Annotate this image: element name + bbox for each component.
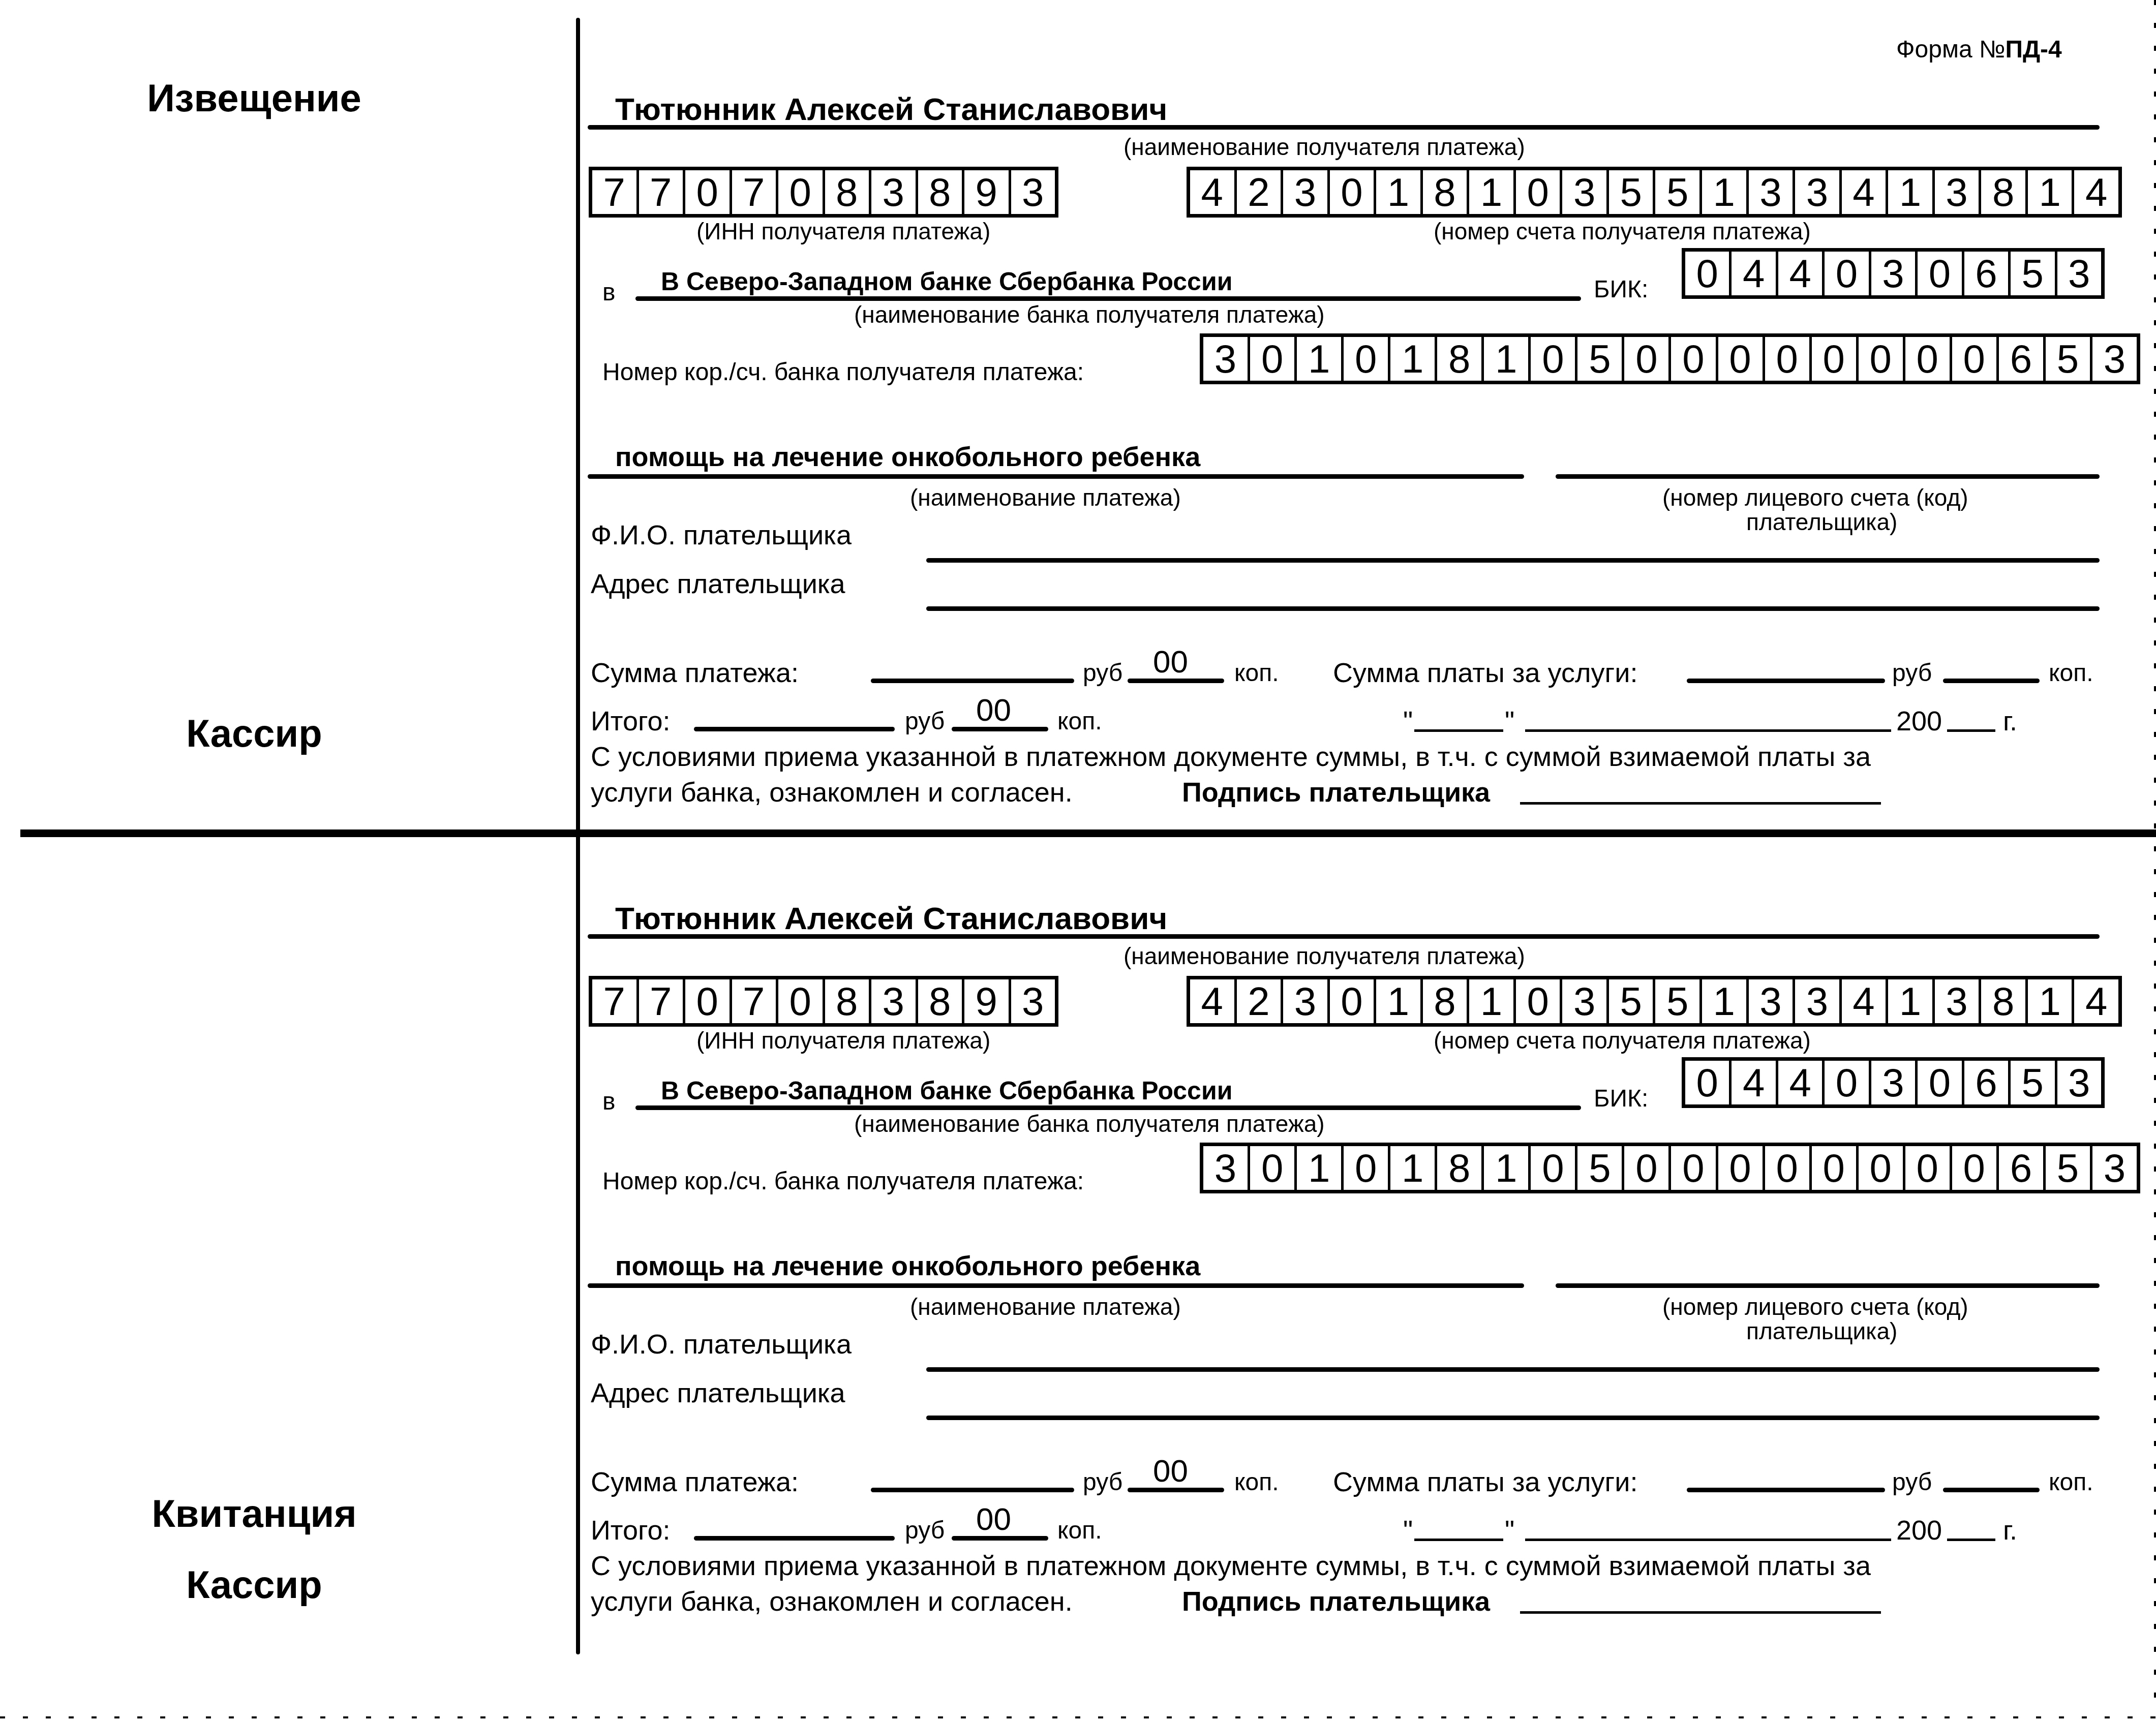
- digit-cell: 0: [1516, 170, 1560, 214]
- fee-rub-field[interactable]: [1687, 679, 1885, 683]
- digit-cell: 8: [825, 979, 869, 1023]
- digit-cell: 5: [2046, 1146, 2090, 1190]
- digit-cell: 3: [1283, 170, 1327, 214]
- bank-name-underline: [635, 296, 1581, 301]
- digit-cell: 0: [1671, 1146, 1715, 1190]
- total-kop-unit: коп.: [1057, 708, 1102, 735]
- sum-rub-unit: руб: [1083, 1468, 1122, 1496]
- total-kop-unit: коп.: [1057, 1517, 1102, 1545]
- digit-cell: 1: [1888, 170, 1932, 214]
- date-month-field[interactable]: [1525, 1539, 1891, 1541]
- digit-cell: 4: [1732, 252, 1775, 295]
- digit-cell: 8: [825, 170, 869, 214]
- personal-account-caption-1: (номер лицевого счета (код): [1662, 1293, 1968, 1320]
- digit-cell: 0: [1952, 1146, 1996, 1190]
- total-label: Итого:: [591, 1515, 671, 1546]
- digit-cell: 3: [2057, 1061, 2101, 1104]
- fee-label: Сумма платы за услуги:: [1333, 1466, 1637, 1498]
- digit-cell: 8: [918, 979, 962, 1023]
- digit-cell: 4: [1190, 979, 1234, 1023]
- digit-cell: 0: [1531, 1146, 1575, 1190]
- payer-address-label: Адрес плательщика: [591, 1377, 845, 1409]
- digit-cell: 0: [1718, 337, 1763, 381]
- total-kop-field[interactable]: [952, 727, 1048, 731]
- digit-cell: 0: [1624, 337, 1668, 381]
- digit-cell: 3: [871, 979, 916, 1023]
- digit-cell: 3: [1871, 1061, 1915, 1104]
- digit-cell: 3: [1011, 170, 1055, 214]
- digit-cell: 5: [2046, 337, 2090, 381]
- bank-prefix: в: [602, 279, 616, 306]
- digit-cell: 8: [1981, 170, 2025, 214]
- digit-cell: 9: [964, 979, 1009, 1023]
- digit-cell: 3: [1749, 979, 1793, 1023]
- corr-account-field[interactable]: 30101810500000000653: [1200, 1143, 2140, 1193]
- digit-cell: 1: [1484, 1146, 1528, 1190]
- consent-text-line-2: услуги банка, ознакомлен и согласен.: [591, 777, 1073, 808]
- digit-cell: 7: [639, 979, 683, 1023]
- digit-cell: 1: [1376, 170, 1420, 214]
- digit-cell: 0: [1344, 337, 1388, 381]
- digit-cell: 3: [1795, 979, 1839, 1023]
- recipient-name: Тютюнник Алексей Станиславович: [615, 901, 1167, 937]
- payment-name: помощь на лечение онкобольного ребенка: [615, 1250, 1200, 1282]
- digit-cell: 1: [1469, 979, 1513, 1023]
- digit-cell: 9: [964, 170, 1009, 214]
- digit-cell: 4: [1190, 170, 1234, 214]
- consent-text-line-2: услуги банка, ознакомлен и согласен.: [591, 1586, 1073, 1617]
- recipient-name-underline: [588, 125, 2100, 130]
- fee-kop-field[interactable]: [1943, 679, 2040, 683]
- digit-cell: 0: [1344, 1146, 1388, 1190]
- digit-cell: 0: [1330, 170, 1374, 214]
- digit-cell: 3: [2092, 337, 2137, 381]
- bank-name: В Северо-Западном банке Сбербанка России: [661, 1076, 1232, 1105]
- total-kop-field[interactable]: [952, 1536, 1048, 1541]
- digit-cell: 3: [1749, 170, 1793, 214]
- total-rub-field[interactable]: [694, 727, 895, 731]
- digit-cell: 3: [1562, 170, 1606, 214]
- digit-cell: 3: [1795, 170, 1839, 214]
- payment-name-caption: (наименование платежа): [910, 1293, 1181, 1320]
- digit-cell: 6: [1999, 1146, 2043, 1190]
- digit-cell: 3: [1935, 979, 1979, 1023]
- personal-account-underline[interactable]: [1556, 1283, 2100, 1288]
- digit-cell: 0: [1918, 1061, 1961, 1104]
- year-suffix: г.: [2003, 705, 2017, 737]
- digit-cell: 6: [1964, 1061, 2008, 1104]
- sum-kop-field[interactable]: [1128, 679, 1224, 683]
- year-prefix: 200: [1896, 1515, 1942, 1546]
- corr-account-field[interactable]: 30101810500000000653: [1200, 333, 2140, 384]
- digit-cell: 5: [1655, 170, 1699, 214]
- digit-cell: 0: [1905, 1146, 1950, 1190]
- receipt-label: Квитанция: [0, 1492, 508, 1536]
- payment-name-underline: [588, 474, 1524, 479]
- digit-cell: 0: [1859, 337, 1903, 381]
- digit-cell: 1: [2028, 979, 2072, 1023]
- digit-cell: 4: [1732, 1061, 1775, 1104]
- date-day-field[interactable]: [1414, 729, 1503, 732]
- fee-rub-field[interactable]: [1687, 1488, 1885, 1492]
- digit-cell: 0: [1905, 337, 1950, 381]
- digit-cell: 0: [1250, 1146, 1294, 1190]
- sum-kop-unit: коп.: [1234, 659, 1279, 687]
- digit-cell: 3: [871, 170, 916, 214]
- sum-label: Сумма платежа:: [591, 657, 799, 689]
- digit-cell: 0: [1825, 1061, 1868, 1104]
- digit-cell: 0: [1812, 1146, 1856, 1190]
- sum-kop-unit: коп.: [1234, 1468, 1279, 1496]
- payer-address-field[interactable]: [926, 1416, 2100, 1420]
- personal-account-underline[interactable]: [1556, 474, 2100, 479]
- digit-cell: 4: [1842, 170, 1886, 214]
- digit-cell: 4: [2074, 979, 2118, 1023]
- inn-caption: (ИНН получателя платежа): [696, 218, 990, 245]
- bik-field[interactable]: 044030653: [1682, 1057, 2105, 1108]
- digit-cell: 8: [1423, 979, 1467, 1023]
- notice-label: Извещение: [0, 76, 508, 120]
- date-month-field[interactable]: [1525, 729, 1891, 732]
- sum-kop-value: 00: [1153, 644, 1188, 680]
- digit-cell: 0: [1765, 337, 1809, 381]
- bik-label: БИК:: [1594, 1085, 1648, 1113]
- date-quote-open: ": [1403, 705, 1413, 737]
- digit-cell: 0: [1516, 979, 1560, 1023]
- digit-cell: 4: [1842, 979, 1886, 1023]
- date-quote-close: ": [1505, 1515, 1514, 1546]
- digit-cell: 0: [1250, 337, 1294, 381]
- payer-name-label: Ф.И.О. плательщика: [591, 1329, 852, 1360]
- digit-cell: 1: [1702, 979, 1746, 1023]
- digit-cell: 2: [1237, 979, 1281, 1023]
- total-kop-value: 00: [976, 1501, 1011, 1537]
- signature-field[interactable]: [1520, 802, 1881, 805]
- digit-cell: 8: [1437, 1146, 1481, 1190]
- digit-cell: 3: [1203, 1146, 1248, 1190]
- year-field[interactable]: [1947, 1539, 1995, 1541]
- digit-cell: 4: [2074, 170, 2118, 214]
- total-rub-field[interactable]: [694, 1536, 895, 1541]
- digit-cell: 3: [1871, 252, 1915, 295]
- payer-address-field[interactable]: [926, 606, 2100, 611]
- sum-kop-field[interactable]: [1128, 1488, 1224, 1492]
- digit-cell: 3: [2092, 1146, 2137, 1190]
- digit-cell: 5: [2011, 1061, 2054, 1104]
- digit-cell: 0: [1671, 337, 1715, 381]
- digit-cell: 1: [1390, 1146, 1435, 1190]
- payer-name-label: Ф.И.О. плательщика: [591, 519, 852, 551]
- year-field[interactable]: [1947, 729, 1995, 732]
- cashier-label-bottom: Кассир: [0, 1563, 508, 1607]
- digit-cell: 3: [1011, 979, 1055, 1023]
- digit-cell: 3: [2057, 252, 2101, 295]
- recipient-name-caption: (наименование получателя платежа): [1123, 133, 1525, 161]
- account-field[interactable]: 42301810355133413814: [1187, 976, 2122, 1027]
- total-label: Итого:: [591, 705, 671, 737]
- digit-cell: 7: [732, 979, 776, 1023]
- fee-kop-field[interactable]: [1943, 1488, 2040, 1492]
- payer-address-label: Адрес плательщика: [591, 568, 845, 600]
- payer-name-field[interactable]: [926, 558, 2100, 563]
- fee-label: Сумма платы за услуги:: [1333, 657, 1637, 689]
- digit-cell: 0: [685, 170, 730, 214]
- digit-cell: 0: [1531, 337, 1575, 381]
- recipient-name-underline: [588, 934, 2100, 939]
- account-field[interactable]: 42301810355133413814: [1187, 167, 2122, 218]
- digit-cell: 1: [1888, 979, 1932, 1023]
- digit-cell: 5: [1609, 170, 1653, 214]
- personal-account-caption-2: плательщика): [1746, 508, 1897, 536]
- fee-kop-unit: коп.: [2049, 659, 2093, 687]
- digit-cell: 0: [1685, 1061, 1729, 1104]
- inn-field[interactable]: 7707083893: [589, 976, 1058, 1027]
- digit-cell: 7: [732, 170, 776, 214]
- total-rub-unit: руб: [905, 708, 945, 735]
- payment-name: помощь на лечение онкобольного ребенка: [615, 441, 1200, 473]
- signature-field[interactable]: [1520, 1611, 1881, 1614]
- year-suffix: г.: [2003, 1515, 2017, 1546]
- cut-line-bottom: [0, 1716, 2156, 1718]
- digit-cell: 0: [1952, 337, 1996, 381]
- digit-cell: 1: [1469, 170, 1513, 214]
- digit-cell: 2: [1237, 170, 1281, 214]
- digit-cell: 0: [1624, 1146, 1668, 1190]
- date-quote-open: ": [1403, 1515, 1413, 1546]
- sum-kop-value: 00: [1153, 1453, 1188, 1489]
- digit-cell: 4: [1778, 252, 1822, 295]
- sum-rub-field[interactable]: [871, 679, 1074, 683]
- digit-cell: 7: [592, 170, 636, 214]
- sum-label: Сумма платежа:: [591, 1466, 799, 1498]
- date-quote-close: ": [1505, 705, 1514, 737]
- bank-caption: (наименование банка получателя платежа): [854, 1110, 1325, 1137]
- personal-account-caption-2: плательщика): [1746, 1317, 1897, 1345]
- cashier-label-top: Кассир: [0, 712, 508, 756]
- digit-cell: 8: [1437, 337, 1481, 381]
- digit-cell: 0: [1812, 337, 1856, 381]
- digit-cell: 7: [639, 170, 683, 214]
- signature-label: Подпись плательщика: [1182, 1586, 1490, 1617]
- year-prefix: 200: [1896, 705, 1942, 737]
- digit-cell: 8: [918, 170, 962, 214]
- corr-account-label: Номер кор./сч. банка получателя платежа:: [602, 1167, 1084, 1195]
- digit-cell: 0: [778, 170, 823, 214]
- digit-cell: 0: [1685, 252, 1729, 295]
- inn-field[interactable]: 7707083893: [589, 167, 1058, 218]
- bik-field[interactable]: 044030653: [1682, 248, 2105, 299]
- bik-label: БИК:: [1594, 275, 1648, 303]
- notice-section: Тютюнник Алексей Станиславович (наименов…: [585, 15, 2156, 839]
- digit-cell: 0: [685, 979, 730, 1023]
- payment-name-caption: (наименование платежа): [910, 484, 1181, 511]
- bank-caption: (наименование банка получателя платежа): [854, 301, 1325, 328]
- digit-cell: 0: [1330, 979, 1374, 1023]
- digit-cell: 5: [1609, 979, 1653, 1023]
- digit-cell: 1: [1376, 979, 1420, 1023]
- digit-cell: 1: [1297, 337, 1341, 381]
- account-caption: (номер счета получателя платежа): [1434, 1027, 1811, 1054]
- digit-cell: 6: [1999, 337, 2043, 381]
- bank-name-underline: [635, 1105, 1581, 1110]
- total-kop-value: 00: [976, 692, 1011, 728]
- account-caption: (номер счета получателя платежа): [1434, 218, 1811, 245]
- digit-cell: 3: [1283, 979, 1327, 1023]
- receipt-section: Тютюнник Алексей Станиславович (наименов…: [585, 824, 2156, 1648]
- inn-caption: (ИНН получателя платежа): [696, 1027, 990, 1054]
- digit-cell: 1: [2028, 170, 2072, 214]
- digit-cell: 3: [1203, 337, 1248, 381]
- personal-account-caption-1: (номер лицевого счета (код): [1662, 484, 1968, 511]
- date-day-field[interactable]: [1414, 1539, 1503, 1541]
- fee-rub-unit: руб: [1892, 659, 1932, 687]
- bank-name: В Северо-Западном банке Сбербанка России: [661, 267, 1232, 296]
- digit-cell: 0: [778, 979, 823, 1023]
- recipient-name-caption: (наименование получателя платежа): [1123, 942, 1525, 970]
- digit-cell: 5: [1577, 337, 1622, 381]
- digit-cell: 5: [2011, 252, 2054, 295]
- payer-name-field[interactable]: [926, 1367, 2100, 1372]
- digit-cell: 5: [1577, 1146, 1622, 1190]
- total-rub-unit: руб: [905, 1517, 945, 1545]
- digit-cell: 4: [1778, 1061, 1822, 1104]
- digit-cell: 3: [1562, 979, 1606, 1023]
- digit-cell: 0: [1718, 1146, 1763, 1190]
- corr-account-label: Номер кор./сч. банка получателя платежа:: [602, 358, 1084, 386]
- recipient-name: Тютюнник Алексей Станиславович: [615, 91, 1167, 128]
- sum-rub-field[interactable]: [871, 1488, 1074, 1492]
- digit-cell: 0: [1918, 252, 1961, 295]
- digit-cell: 6: [1964, 252, 2008, 295]
- signature-label: Подпись плательщика: [1182, 777, 1490, 808]
- digit-cell: 0: [1859, 1146, 1903, 1190]
- digit-cell: 8: [1423, 170, 1467, 214]
- digit-cell: 7: [592, 979, 636, 1023]
- digit-cell: 1: [1702, 170, 1746, 214]
- digit-cell: 3: [1935, 170, 1979, 214]
- digit-cell: 0: [1825, 252, 1868, 295]
- consent-text-line-1: С условиями приема указанной в платежном…: [591, 1550, 1871, 1582]
- digit-cell: 1: [1297, 1146, 1341, 1190]
- consent-text-line-1: С условиями приема указанной в платежном…: [591, 741, 1871, 773]
- payment-name-underline: [588, 1283, 1524, 1288]
- digit-cell: 8: [1981, 979, 2025, 1023]
- digit-cell: 1: [1390, 337, 1435, 381]
- digit-cell: 5: [1655, 979, 1699, 1023]
- sum-rub-unit: руб: [1083, 659, 1122, 687]
- fee-rub-unit: руб: [1892, 1468, 1932, 1496]
- fee-kop-unit: коп.: [2049, 1468, 2093, 1496]
- digit-cell: 0: [1765, 1146, 1809, 1190]
- bank-prefix: в: [602, 1088, 616, 1116]
- digit-cell: 1: [1484, 337, 1528, 381]
